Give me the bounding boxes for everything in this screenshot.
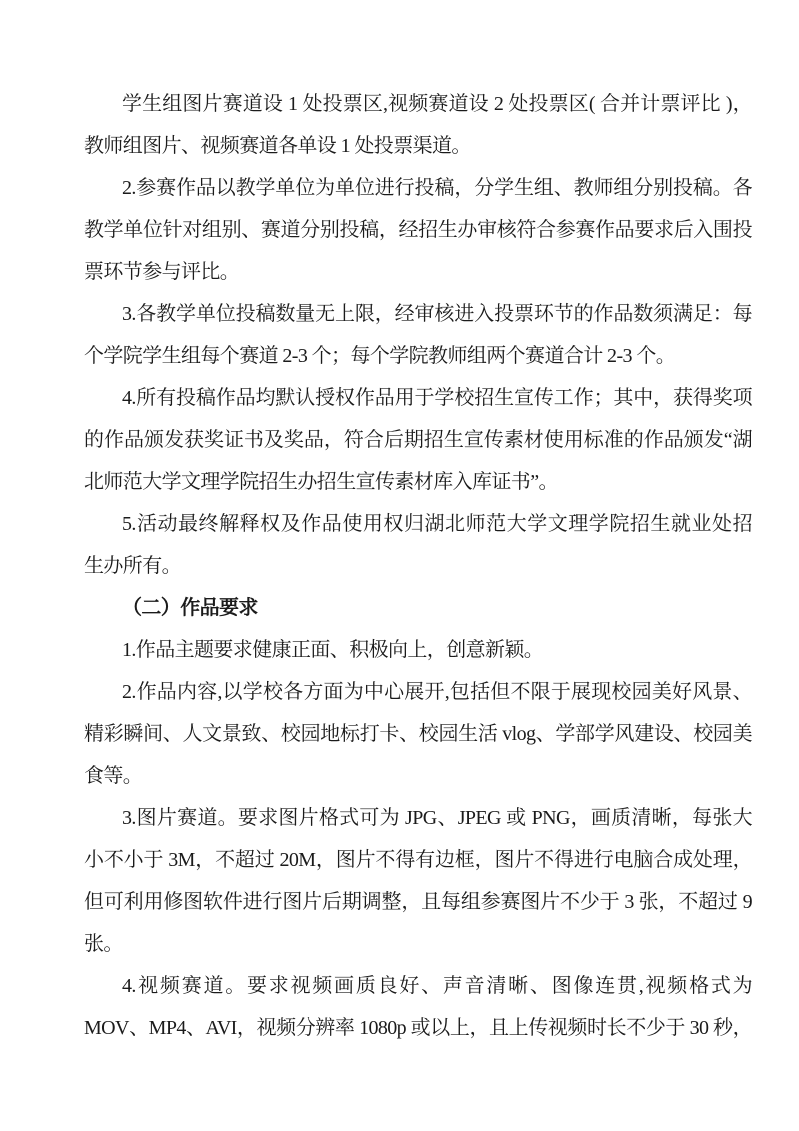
text-line: 学生组图片赛道设 1 处投票区,视频赛道设 2 处投票区( 合并计票评比 )， (84, 83, 752, 125)
text-line: 2.参赛作品以教学单位为单位进行投稿，分学生组、教师组分别投稿。各 (84, 167, 752, 209)
document-page: 学生组图片赛道设 1 处投票区,视频赛道设 2 处投票区( 合并计票评比 )，教… (0, 0, 799, 1131)
text-line: 食等。 (84, 755, 752, 797)
text-line: 精彩瞬间、人文景致、校园地标打卡、校园生活 vlog、学部学风建设、校园美 (84, 713, 752, 755)
text-line: 教学单位针对组别、赛道分别投稿，经招生办审核符合参赛作品要求后入围投 (84, 209, 752, 251)
text-line: 小不小于 3M，不超过 20M，图片不得有边框，图片不得进行电脑合成处理， (84, 839, 752, 881)
text-line: 北师范大学文理学院招生办招生宣传素材库入库证书”。 (84, 461, 752, 503)
text-line: 4.所有投稿作品均默认授权作品用于学校招生宣传工作；其中，获得奖项 (84, 377, 752, 419)
text-line: 3.图片赛道。要求图片格式可为 JPG、JPEG 或 PNG，画质清晰，每张大 (84, 797, 752, 839)
text-line: 的作品颁发获奖证书及奖品，符合后期招生宣传素材使用标准的作品颁发“湖 (84, 419, 752, 461)
text-line: 但可利用修图软件进行图片后期调整，且每组参赛图片不少于 3 张，不超过 9 (84, 881, 752, 923)
document-text-block: 学生组图片赛道设 1 处投票区,视频赛道设 2 处投票区( 合并计票评比 )，教… (84, 83, 752, 1049)
text-line: 4.视频赛道。要求视频画质良好、声音清晰、图像连贯,视频格式为 RMVB、 (84, 965, 752, 1007)
text-line: 生办所有。 (84, 545, 752, 587)
text-line: 3.各教学单位投稿数量无上限，经审核进入投票环节的作品数须满足：每 (84, 293, 752, 335)
text-line: 教师组图片、视频赛道各单设 1 处投票渠道。 (84, 125, 752, 167)
text-line: 1.作品主题要求健康正面、积极向上，创意新颖。 (84, 629, 752, 671)
text-line: 票环节参与评比。 (84, 251, 752, 293)
text-line: MOV、MP4、AVI，视频分辨率 1080p 或以上，且上传视频时长不少于 3… (84, 1007, 752, 1049)
section-heading: （二）作品要求 (84, 587, 752, 629)
text-line: 张。 (84, 923, 752, 965)
text-line: 5.活动最终解释权及作品使用权归湖北师范大学文理学院招生就业处招 (84, 503, 752, 545)
text-line: 个学院学生组每个赛道 2-3 个；每个学院教师组两个赛道合计 2-3 个。 (84, 335, 752, 377)
text-line: 2.作品内容,以学校各方面为中心展开,包括但不限于展现校园美好风景、 (84, 671, 752, 713)
